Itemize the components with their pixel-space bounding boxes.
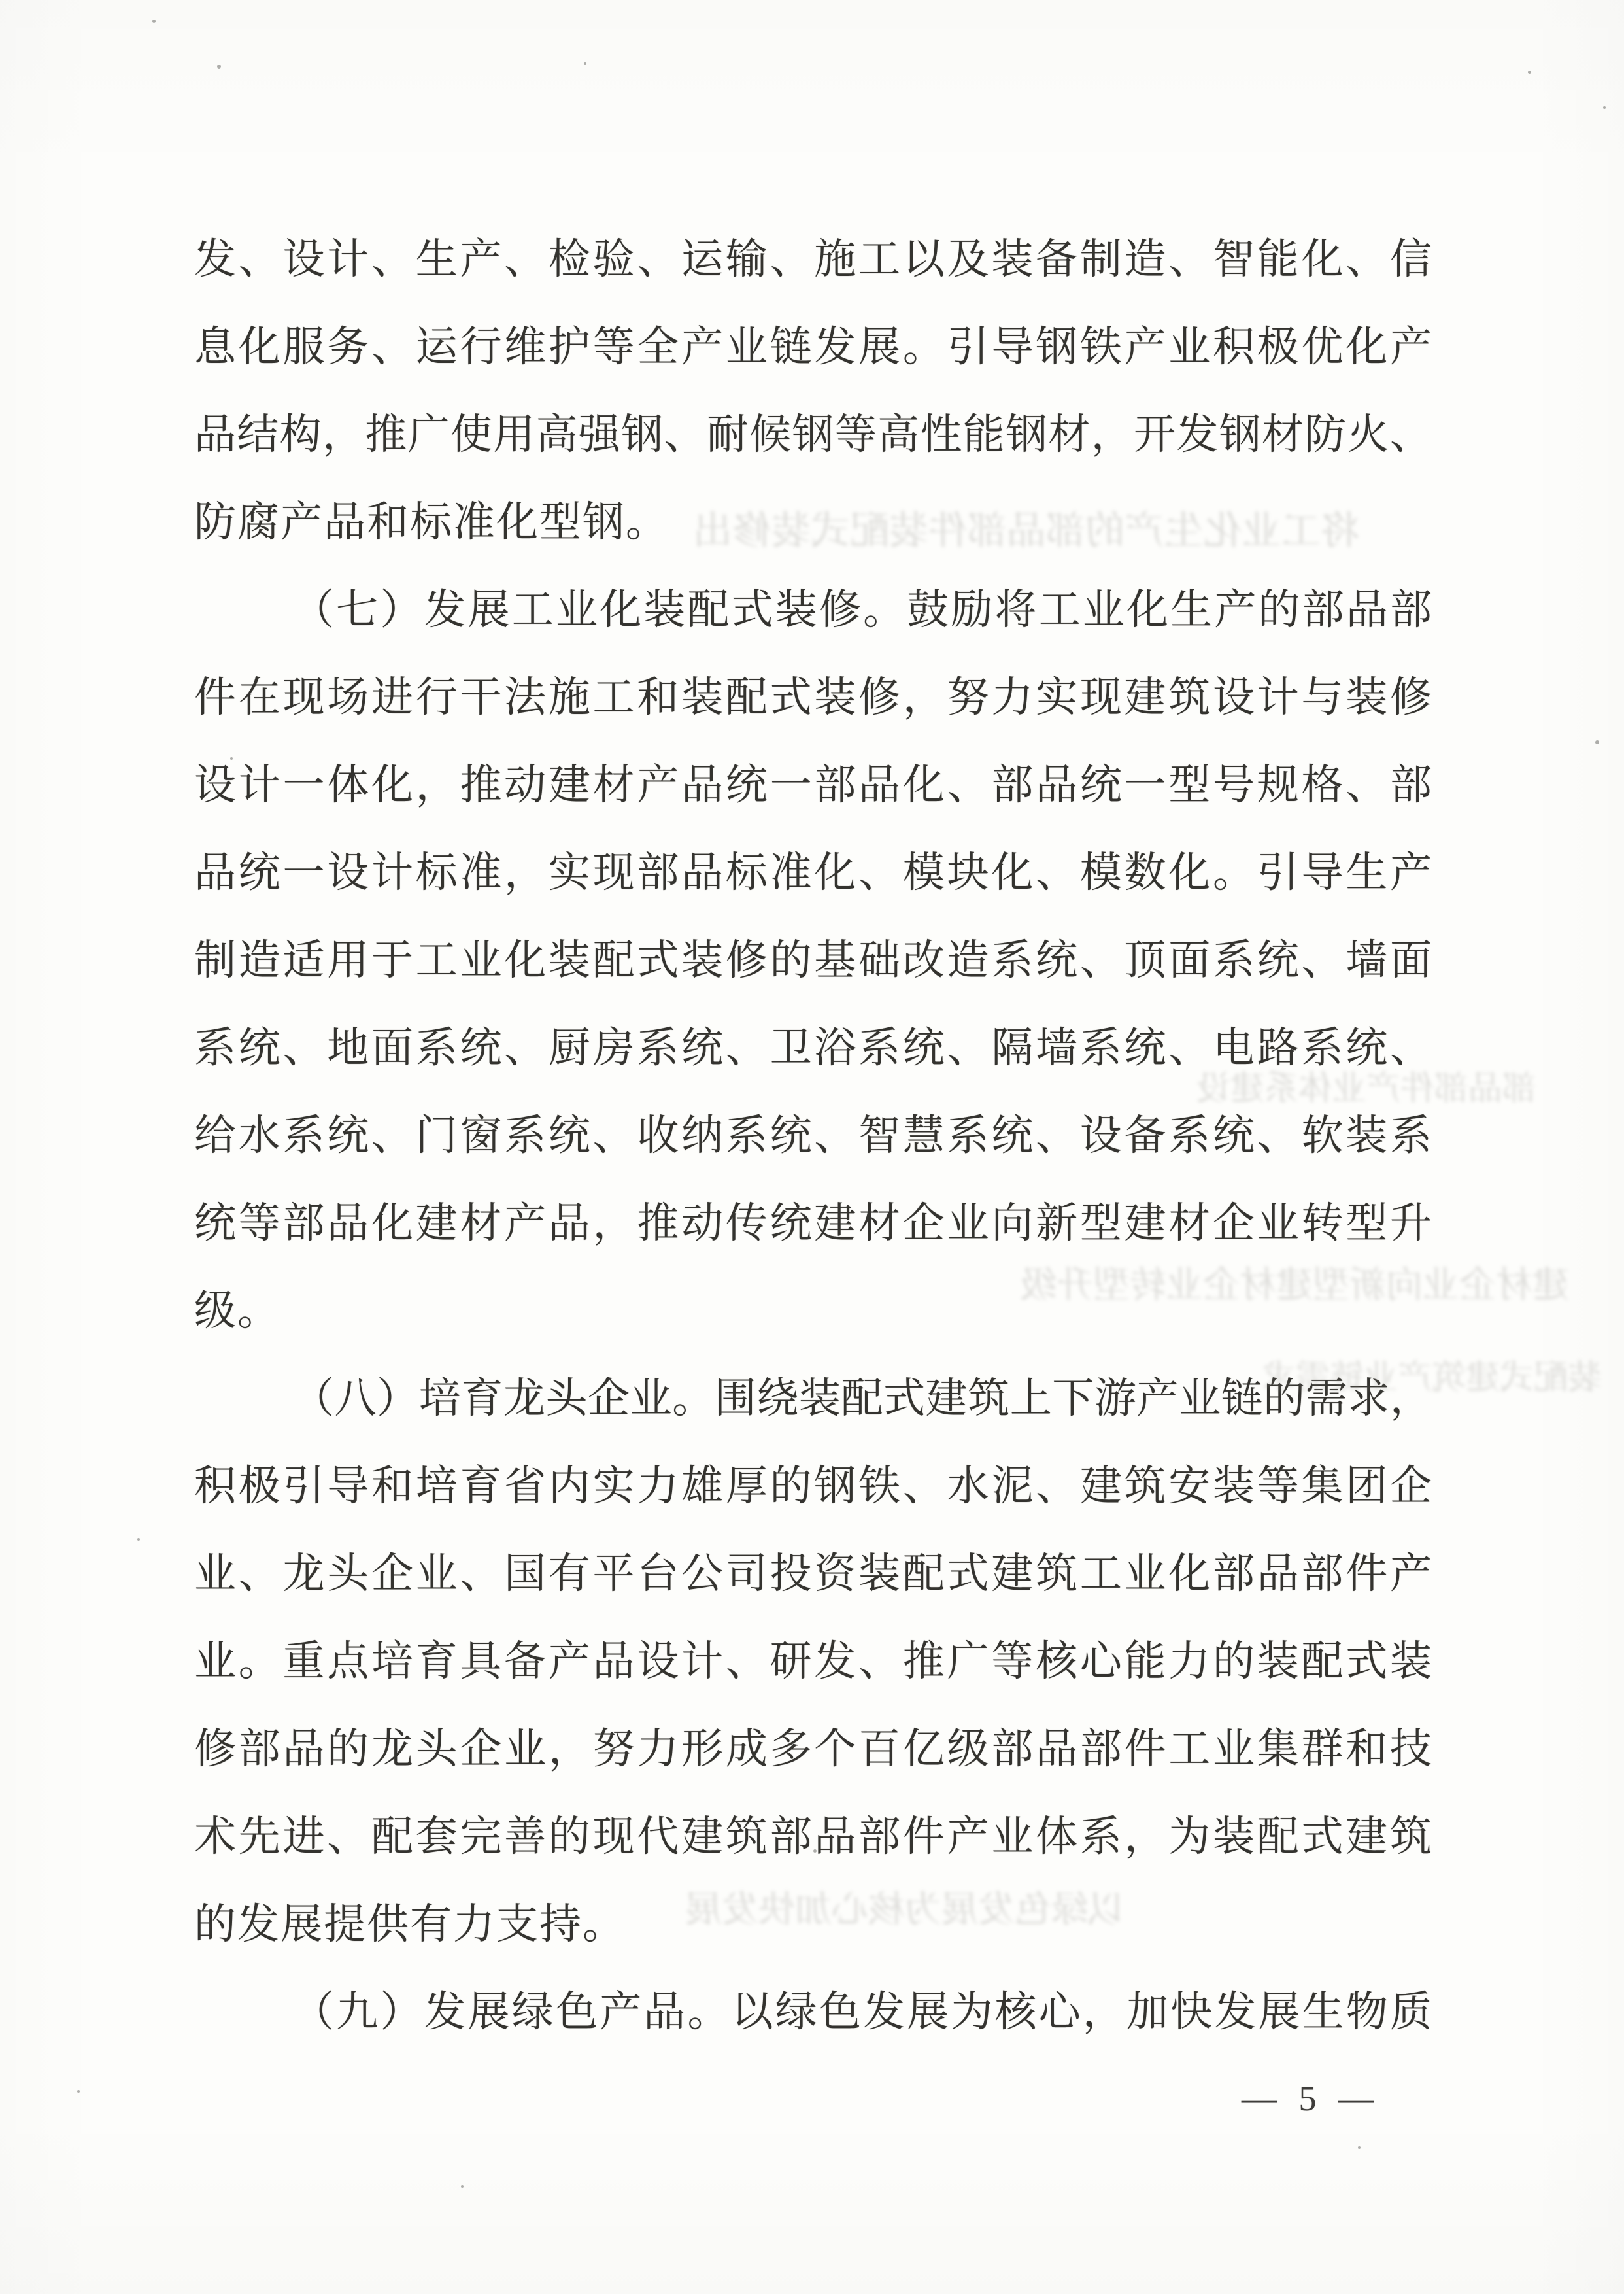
- text-line: 件在现场进行干法施工和装配式装修，努力实现建筑设计与装修: [194, 654, 1432, 742]
- text-line: 术先进、配套完善的现代建筑部品部件产业体系，为装配式建筑: [194, 1793, 1432, 1881]
- text-line: 品统一设计标准，实现部品标准化、模块化、模数化。引导生产: [194, 829, 1432, 917]
- text-line: 业、龙头企业、国有平台公司投资装配式建筑工业化部品部件产: [194, 1530, 1432, 1618]
- text-line: 积极引导和培育省内实力雄厚的钢铁、水泥、建筑安装等集团企: [194, 1443, 1432, 1530]
- text-line: （八）培育龙头企业。围绕装配式建筑上下游产业链的需求，: [194, 1355, 1432, 1443]
- scan-page: 发、设计、生产、检验、运输、施工以及装备制造、智能化、信息化服务、运行维护等全产…: [0, 0, 1624, 2294]
- text-line: 发、设计、生产、检验、运输、施工以及装备制造、智能化、信: [194, 216, 1432, 303]
- text-line: 给水系统、门窗系统、收纳系统、智慧系统、设备系统、软装系: [194, 1092, 1432, 1180]
- text-line: 修部品的龙头企业，努力形成多个百亿级部品部件工业集群和技: [194, 1705, 1432, 1793]
- text-line: （七）发展工业化装配式装修。鼓励将工业化生产的部品部: [194, 566, 1432, 654]
- scan-speck: [137, 1538, 140, 1541]
- text-line: 业。重点培育具备产品设计、研发、推广等核心能力的装配式装: [194, 1618, 1432, 1705]
- text-line: 制造适用于工业化装配式装修的基础改造系统、顶面系统、墙面: [194, 917, 1432, 1004]
- text-line: （九）发展绿色产品。以绿色发展为核心，加快发展生物质: [194, 1968, 1432, 2056]
- text-line: 品结构，推广使用高强钢、耐候钢等高性能钢材，开发钢材防火、: [194, 391, 1432, 479]
- scan-speck: [77, 2090, 80, 2093]
- text-line: 系统、地面系统、厨房系统、卫浴系统、隔墙系统、电路系统、: [194, 1004, 1432, 1092]
- scan-speck: [1603, 106, 1606, 109]
- text-line: 防腐产品和标准化型钢。: [194, 479, 1432, 566]
- text-line: 设计一体化，推动建材产品统一部品化、部品统一型号规格、部: [194, 742, 1432, 829]
- document-text-block: 发、设计、生产、检验、运输、施工以及装备制造、智能化、信息化服务、运行维护等全产…: [194, 216, 1432, 2056]
- scan-speck: [1528, 71, 1531, 74]
- text-line: 统等部品化建材产品，推动传统建材企业向新型建材企业转型升: [194, 1180, 1432, 1267]
- page-number: — 5 —: [1203, 2078, 1419, 2119]
- scan-speck: [152, 20, 156, 23]
- text-line: 息化服务、运行维护等全产业链发展。引导钢铁产业积极优化产: [194, 303, 1432, 391]
- scan-speck: [461, 2185, 464, 2188]
- text-line: 的发展提供有力支持。: [194, 1881, 1432, 1968]
- scan-speck: [584, 62, 586, 65]
- scan-speck: [217, 65, 221, 69]
- scan-speck: [1358, 2146, 1361, 2149]
- text-line: 级。: [194, 1267, 1432, 1355]
- scan-speck: [1595, 740, 1599, 744]
